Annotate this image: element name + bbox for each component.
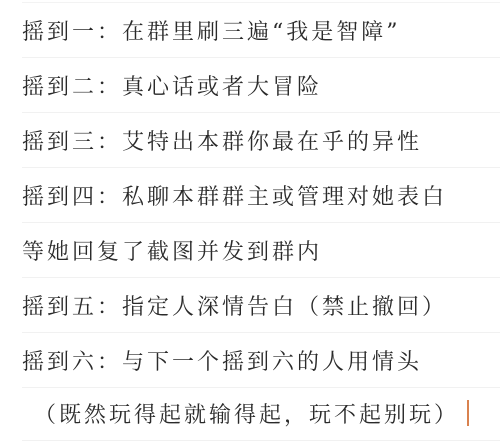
text-line-1[interactable]: 摇到一：在群里刷三遍“我是智障”	[22, 3, 500, 58]
text-line-6[interactable]: 摇到五：指定人深情告白（禁止撤回）	[22, 278, 500, 333]
text-line-4[interactable]: 摇到四：私聊本群群主或管理对她表白	[22, 168, 500, 223]
document-body[interactable]: 摇到一：在群里刷三遍“我是智障” 摇到二：真心话或者大冒险 摇到三：艾特出本群你…	[0, 0, 500, 442]
text-line-2[interactable]: 摇到二：真心话或者大冒险	[22, 58, 500, 113]
text-line-7[interactable]: 摇到六：与下一个摇到六的人用情头	[22, 333, 500, 388]
line-text: （既然玩得起就输得起，玩不起别玩）	[22, 398, 459, 429]
line-text: 等她回复了截图并发到群内	[22, 235, 322, 266]
text-line-3[interactable]: 摇到三：艾特出本群你最在乎的异性	[22, 113, 500, 168]
text-line-5[interactable]: 等她回复了截图并发到群内	[22, 223, 500, 278]
line-text: 摇到三：艾特出本群你最在乎的异性	[22, 125, 422, 156]
text-line-8[interactable]: （既然玩得起就输得起，玩不起别玩）	[22, 386, 500, 441]
line-text: 摇到五：指定人深情告白（禁止撤回）	[22, 290, 447, 321]
text-cursor	[467, 400, 469, 426]
line-text: 摇到六：与下一个摇到六的人用情头	[22, 345, 422, 376]
line-text: 摇到二：真心话或者大冒险	[22, 70, 322, 101]
line-text: 摇到四：私聊本群群主或管理对她表白	[22, 180, 447, 211]
line-text: 摇到一：在群里刷三遍“我是智障”	[22, 15, 401, 46]
